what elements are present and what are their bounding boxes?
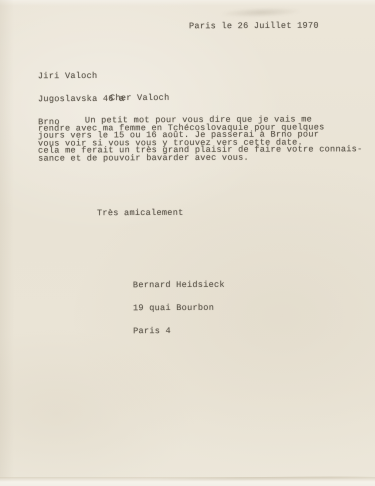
sender-street: 19 quai Bourbon [133, 305, 225, 313]
ink-smudge-mark [222, 7, 300, 19]
paper-left-shadow [0, 0, 14, 486]
paper-bottom-edge [0, 477, 375, 486]
closing-salutation: Très amicalement [97, 210, 184, 218]
letter-date: Paris le 26 Juillet 1970 [189, 23, 319, 31]
paper-top-edge [0, 0, 375, 6]
salutation: Cher Valoch [110, 95, 170, 103]
body-line: sance et de pouvoir bavarder avec vous. [38, 154, 338, 163]
sender-name: Bernard Heidsieck [133, 282, 225, 290]
sender-signature-block: Bernard Heidsieck 19 quai Bourbon Paris … [133, 267, 225, 351]
recipient-name: Jiri Valoch [38, 73, 125, 81]
sender-city: Paris 4 [133, 328, 225, 336]
letter-body: Un petit mot pour vous dire que je vais … [38, 116, 338, 163]
letter-page: Paris le 26 Juillet 1970 Jiri Valoch Jug… [0, 0, 375, 486]
